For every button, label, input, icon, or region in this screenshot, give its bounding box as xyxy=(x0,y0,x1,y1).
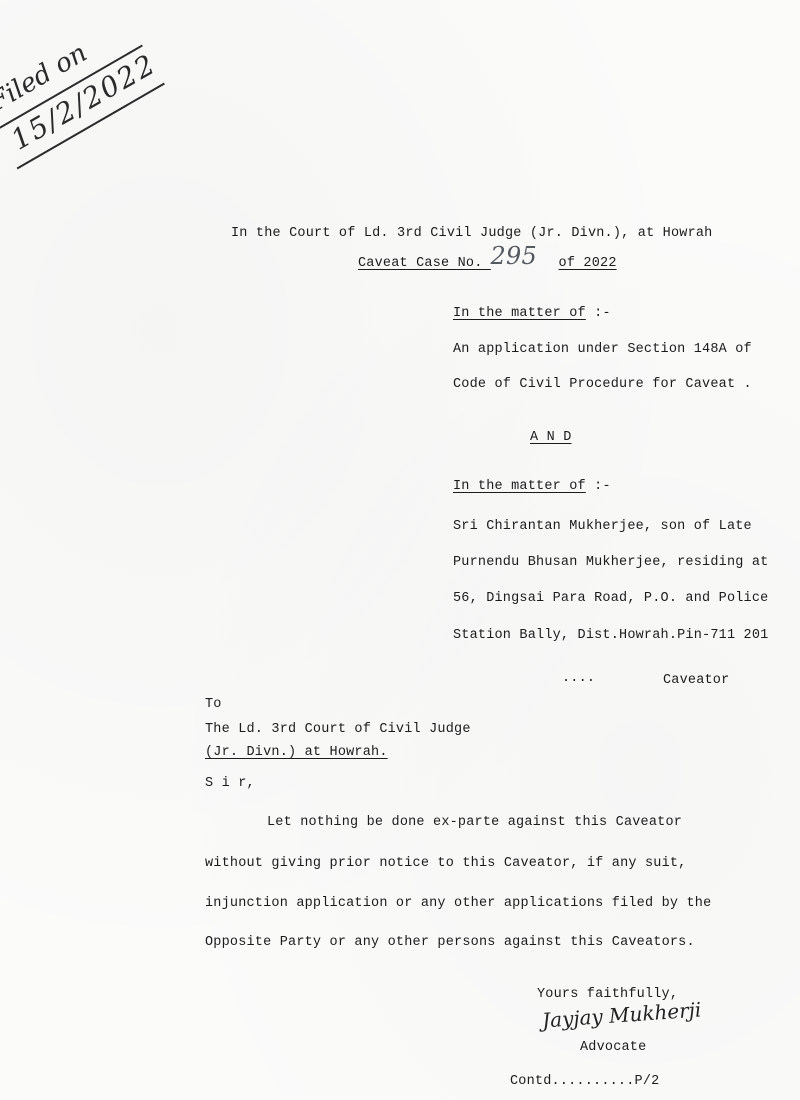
body-line: Opposite Party or any other persons agai… xyxy=(205,935,695,950)
and-separator: A N D xyxy=(530,430,572,445)
caveator-dots: .... xyxy=(562,671,595,686)
document-page: Filed on 15/2/2022 In the Court of Ld. 3… xyxy=(0,0,800,1100)
filing-stamp: Filed on 15/2/2022 xyxy=(0,0,183,190)
case-number-handwritten: 295 xyxy=(491,242,537,270)
advocate-signature: Jayjay Mukherji xyxy=(541,997,702,1032)
matter1-line: Code of Civil Procedure for Caveat . xyxy=(453,377,752,392)
matter2-line: Sri Chirantan Mukherjee, son of Late xyxy=(453,519,752,534)
body-line: injunction application or any other appl… xyxy=(205,896,711,911)
body-line: without giving prior notice to this Cave… xyxy=(205,856,686,871)
matter2-line: Purnendu Bhusan Mukherjee, residing at xyxy=(453,555,768,570)
matter2-line: Station Bally, Dist.Howrah.Pin-711 201 xyxy=(453,628,768,643)
advocate-title: Advocate xyxy=(580,1040,646,1055)
case-suffix: of 2022 xyxy=(559,256,617,271)
case-prefix: Caveat Case No. xyxy=(358,256,483,271)
body-line: Let nothing be done ex-parte against thi… xyxy=(267,815,682,830)
address-line: The Ld. 3rd Court of Civil Judge xyxy=(205,722,471,737)
matter1-heading: In the matter of :- xyxy=(453,306,611,321)
salutation: S i r, xyxy=(205,776,255,791)
matter2-heading: In the matter of :- xyxy=(453,479,611,494)
matter2-line: 56, Dingsai Para Road, P.O. and Police xyxy=(453,591,768,606)
case-number-line: Caveat Case No.295 of 2022 xyxy=(358,256,617,271)
matter1-line: An application under Section 148A of xyxy=(453,342,752,357)
caveator-label: Caveator xyxy=(663,673,729,688)
court-heading: In the Court of Ld. 3rd Civil Judge (Jr.… xyxy=(231,226,712,241)
case-number: 295 xyxy=(483,256,559,271)
address-line: (Jr. Divn.) at Howrah. xyxy=(205,745,388,760)
address-to: To xyxy=(205,697,222,712)
continued-marker: Contd..........P/2 xyxy=(510,1074,659,1089)
